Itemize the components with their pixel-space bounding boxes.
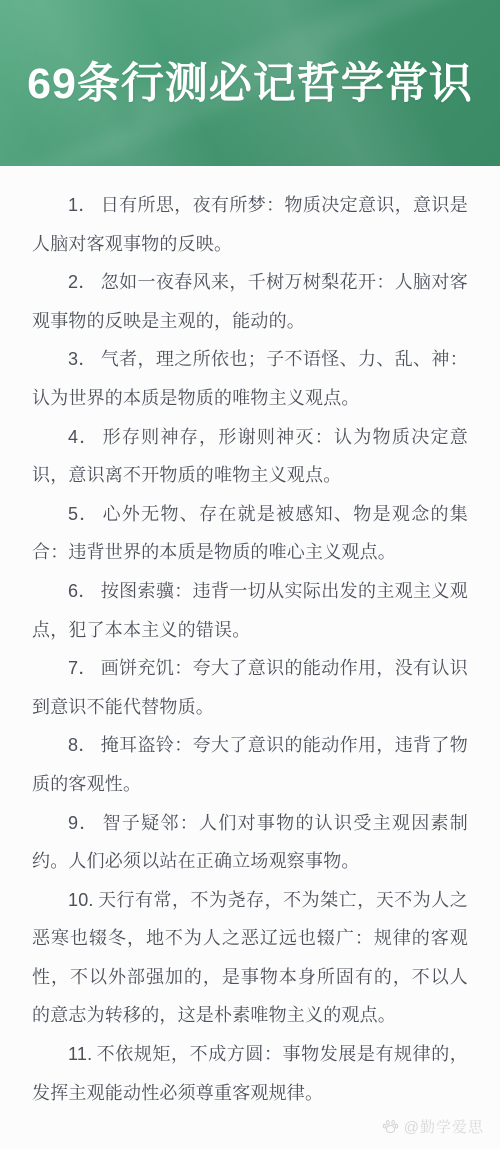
item-number: 9． bbox=[68, 813, 99, 833]
item-text: 日有所思，夜有所梦：物质决定意识，意识是人脑对客观事物的反映。 bbox=[32, 195, 468, 254]
item-text: 掩耳盗铃：夸大了意识的能动作用，违背了物质的客观性。 bbox=[32, 735, 468, 794]
list-item: 2．忽如一夜春风来，千树万树梨花开：人脑对客观事物的反映是主观的，能动的。 bbox=[32, 263, 468, 340]
list-item: 6．按图索骥：违背一切从实际出发的主观主义观点，犯了本本主义的错误。 bbox=[32, 572, 468, 649]
watermark-handle: @勤学爱思 bbox=[404, 1116, 484, 1137]
item-number: 10. bbox=[68, 890, 94, 910]
list-item: 4．形存则神存，形谢则神灭：认为物质决定意识，意识离不开物质的唯物主义观点。 bbox=[32, 418, 468, 495]
knowledge-list: 1．日有所思，夜有所梦：物质决定意识，意识是人脑对客观事物的反映。 2．忽如一夜… bbox=[0, 166, 500, 1112]
list-item: 10.天行有常，不为尧存，不为桀亡，天不为人之恶寒也辍冬，地不为人之恶辽远也辍广… bbox=[32, 881, 468, 1035]
item-number: 1． bbox=[68, 195, 97, 215]
item-number: 6． bbox=[68, 581, 97, 601]
item-number: 7． bbox=[68, 658, 97, 678]
item-number: 5． bbox=[68, 504, 99, 524]
chalkboard-header: 69条行测必记哲学常识 bbox=[0, 0, 500, 166]
item-number: 8． bbox=[68, 735, 97, 755]
list-item: 8．掩耳盗铃：夸大了意识的能动作用，违背了物质的客观性。 bbox=[32, 726, 468, 803]
list-item: 11.不依规矩，不成方圆：事物发展是有规律的，发挥主观能动性必须尊重客观规律。 bbox=[32, 1035, 468, 1112]
list-item: 1．日有所思，夜有所梦：物质决定意识，意识是人脑对客观事物的反映。 bbox=[32, 186, 468, 263]
baidu-paw-icon bbox=[382, 1118, 399, 1135]
item-number: 3． bbox=[68, 349, 97, 369]
page-title: 69条行测必记哲学常识 bbox=[0, 50, 500, 111]
list-item: 5．心外无物、存在就是被感知、物是观念的集合：违背世界的本质是物质的唯心主义观点… bbox=[32, 495, 468, 572]
item-number: 4． bbox=[68, 427, 99, 447]
watermark: @勤学爱思 bbox=[382, 1116, 484, 1137]
item-text: 气者，理之所依也；子不语怪、力、乱、神：认为世界的本质是物质的唯物主义观点。 bbox=[32, 349, 468, 408]
item-text: 忽如一夜春风来，千树万树梨花开：人脑对客观事物的反映是主观的，能动的。 bbox=[32, 272, 468, 331]
item-number: 2． bbox=[68, 272, 97, 292]
item-text: 画饼充饥：夸大了意识的能动作用，没有认识到意识不能代替物质。 bbox=[32, 658, 468, 717]
list-item: 9．智子疑邻：人们对事物的认识受主观因素制约。人们必须以站在正确立场观察事物。 bbox=[32, 804, 468, 881]
item-text: 天行有常，不为尧存，不为桀亡，天不为人之恶寒也辍冬，地不为人之恶辽远也辍广：规律… bbox=[32, 890, 468, 1026]
list-item: 7．画饼充饥：夸大了意识的能动作用，没有认识到意识不能代替物质。 bbox=[32, 649, 468, 726]
item-number: 11. bbox=[68, 1044, 92, 1064]
item-text: 按图索骥：违背一切从实际出发的主观主义观点，犯了本本主义的错误。 bbox=[32, 581, 468, 640]
list-item: 3．气者，理之所依也；子不语怪、力、乱、神：认为世界的本质是物质的唯物主义观点。 bbox=[32, 340, 468, 417]
item-text: 不依规矩，不成方圆：事物发展是有规律的，发挥主观能动性必须尊重客观规律。 bbox=[32, 1044, 468, 1103]
